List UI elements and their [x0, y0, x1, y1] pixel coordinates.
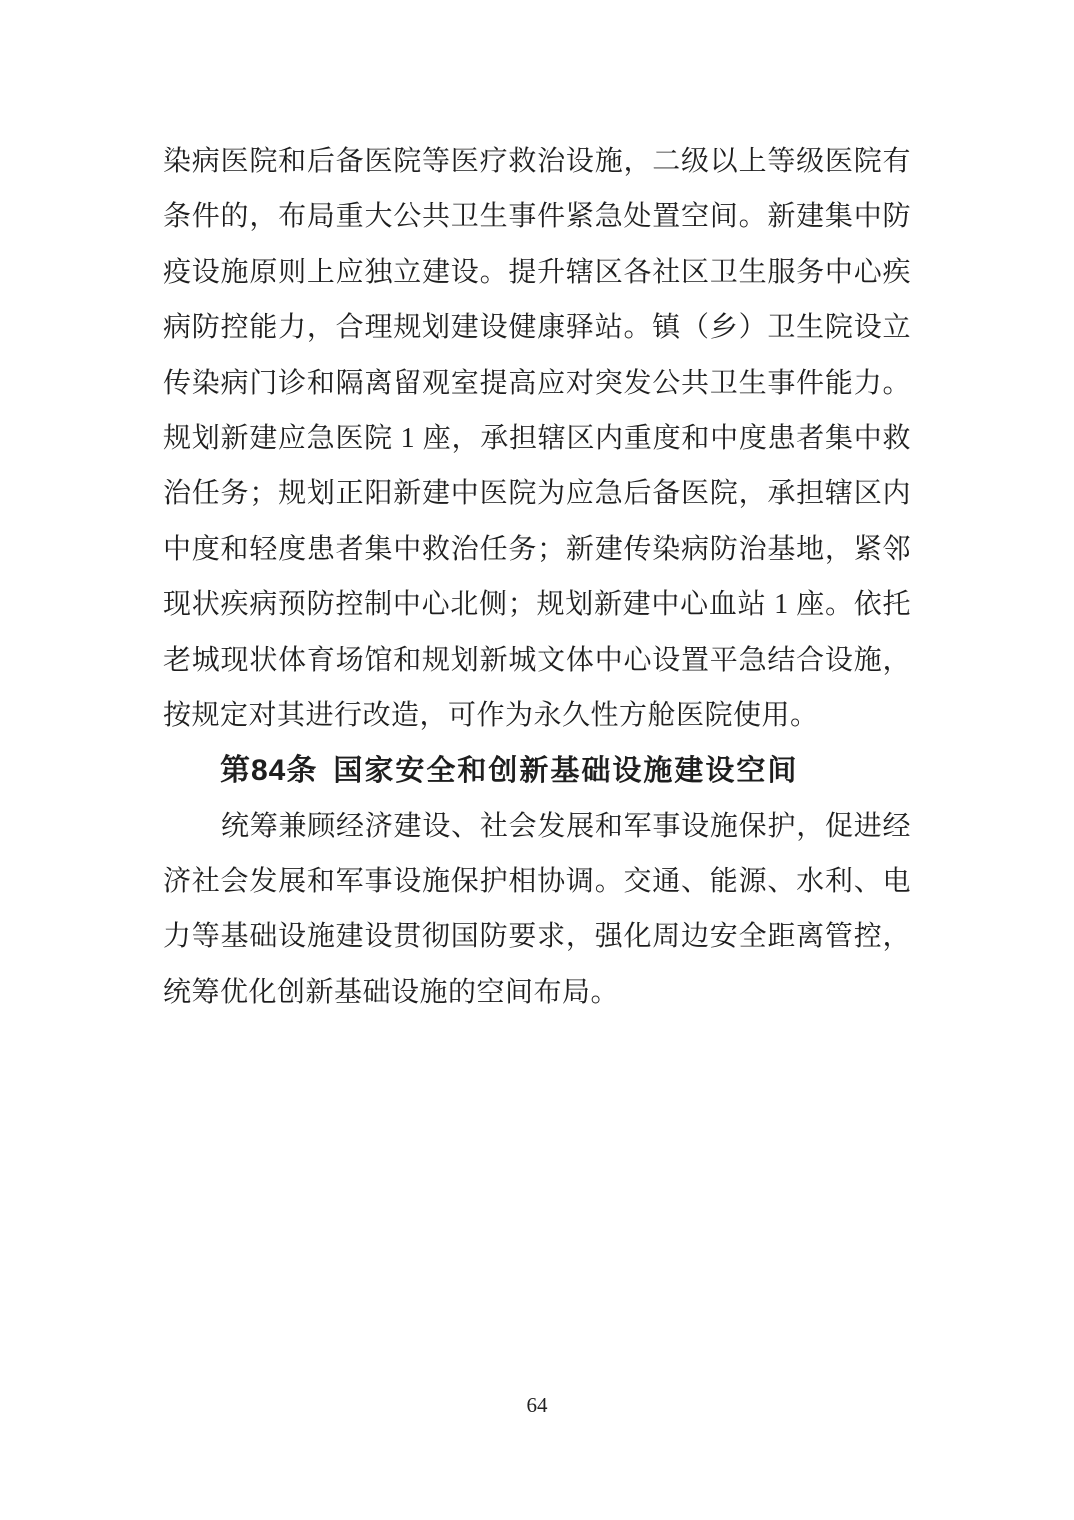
body-line: 疫设施原则上应独立建设。提升辖区各社区卫生服务中心疾	[163, 245, 911, 300]
body-line: 按规定对其进行改造，可作为永久性方舱医院使用。	[163, 688, 911, 743]
body-line: 老城现状体育场馆和规划新城文体中心设置平急结合设施，	[163, 633, 911, 688]
article-title: 国家安全和创新基础设施建设空间	[333, 755, 798, 787]
article-heading: 第84条国家安全和创新基础设施建设空间	[163, 743, 911, 798]
body-line: 现状疾病预防控制中心北侧；规划新建中心血站 1 座。依托	[163, 577, 911, 632]
body-line: 中度和轻度患者集中救治任务；新建传染病防治基地，紧邻	[163, 522, 911, 577]
body-line: 传染病门诊和隔离留观室提高应对突发公共卫生事件能力。	[163, 356, 911, 411]
body-line: 染病医院和后备医院等医疗救治设施，二级以上等级医院有	[163, 134, 911, 189]
body-line: 病防控能力，合理规划建设健康驿站。镇（乡）卫生院设立	[163, 300, 911, 355]
article-number-label: 第84条	[220, 754, 317, 787]
paragraph-national-security: 统筹兼顾经济建设、社会发展和军事设施保护，促进经 济社会发展和军事设施保护相协调…	[163, 799, 911, 1021]
body-line: 力等基础设施建设贯彻国防要求，强化周边安全距离管控，	[163, 909, 911, 964]
body-line: 规划新建应急医院 1 座，承担辖区内重度和中度患者集中救	[163, 411, 911, 466]
document-page: 染病医院和后备医院等医疗救治设施，二级以上等级医院有 条件的，布局重大公共卫生事…	[0, 0, 1074, 1520]
body-line: 济社会发展和军事设施保护相协调。交通、能源、水利、电	[163, 854, 911, 909]
paragraph-medical-facilities: 染病医院和后备医院等医疗救治设施，二级以上等级医院有 条件的，布局重大公共卫生事…	[163, 134, 911, 743]
page-number: 64	[527, 1393, 548, 1417]
body-line: 统筹优化创新基础设施的空间布局。	[163, 965, 911, 1020]
page-content: 染病医院和后备医院等医疗救治设施，二级以上等级医院有 条件的，布局重大公共卫生事…	[163, 134, 911, 1020]
page-footer: 64	[0, 1393, 1074, 1418]
body-line: 治任务；规划正阳新建中医院为应急后备医院，承担辖区内	[163, 466, 911, 521]
body-line: 条件的，布局重大公共卫生事件紧急处置空间。新建集中防	[163, 189, 911, 244]
body-line: 统筹兼顾经济建设、社会发展和军事设施保护，促进经	[163, 799, 911, 854]
